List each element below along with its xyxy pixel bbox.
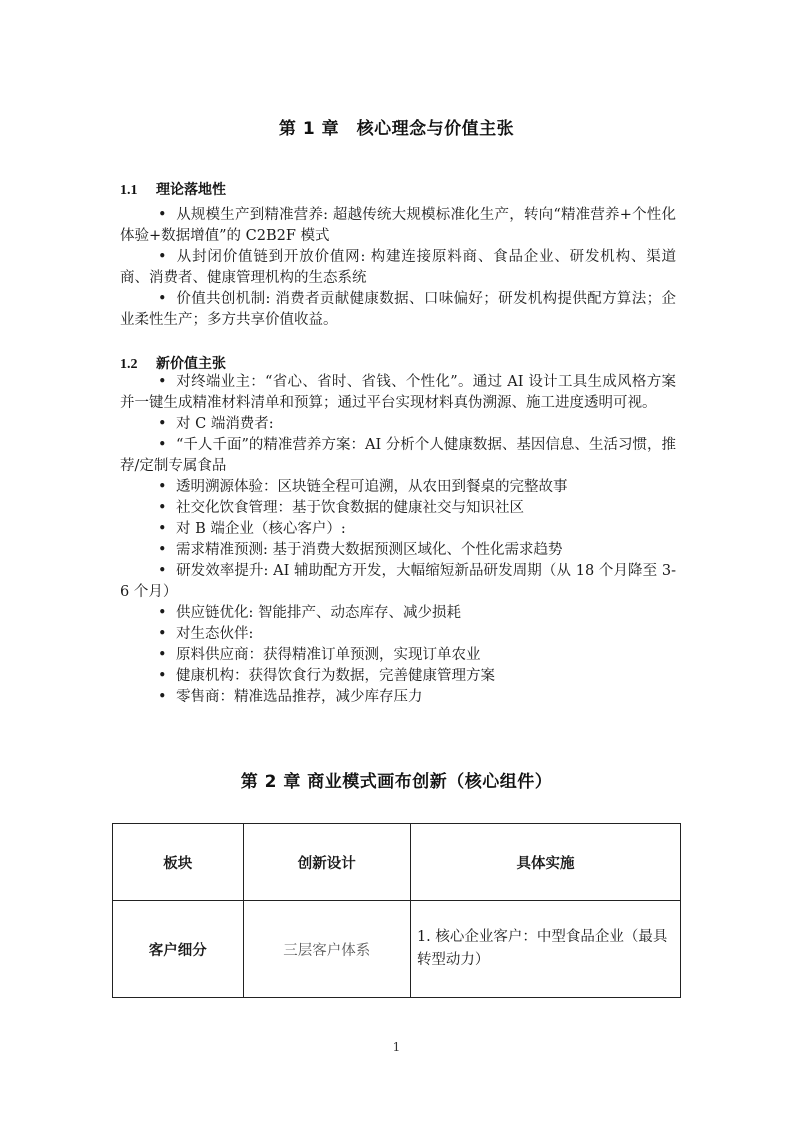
column-header-section: 板块 — [113, 824, 244, 901]
bullet-icon: • — [158, 666, 176, 687]
bullet-icon: • — [158, 624, 176, 645]
section-title-text: 新价值主张 — [156, 356, 226, 372]
bullet-item: •价值共创机制: 消费者贡献健康数据、口味偏好；研发机构提供配方算法；企业柔性生… — [120, 289, 676, 331]
section-number: 1.1 — [120, 183, 156, 199]
table-row: 客户细分 三层客户体系 1. 核心企业客户：中型食品企业（最具转型动力） — [113, 901, 681, 998]
bullet-icon: • — [158, 414, 176, 435]
section-number: 1.2 — [120, 357, 156, 373]
bullet-item: •社交化饮食管理：基于饮食数据的健康社交与知识社区 — [120, 498, 676, 519]
bullet-item: •原料供应商：获得精准订单预测，实现订单农业 — [120, 645, 676, 666]
bullet-item: •从规模生产到精准营养: 超越传统大规模标准化生产，转向“精准营养+个性化体验+… — [120, 205, 676, 247]
bullet-item: •供应链优化: 智能排产、动态库存、减少损耗 — [120, 603, 676, 624]
bullet-icon: • — [158, 603, 176, 624]
bullet-icon: • — [158, 289, 176, 310]
bullet-item: •对 C 端消费者: — [120, 414, 676, 435]
bullet-item: •“千人千面”的精准营养方案：AI 分析个人健康数据、基因信息、生活习惯，推荐/… — [120, 435, 676, 477]
cell-implementation: 1. 核心企业客户：中型食品企业（最具转型动力） — [410, 901, 680, 998]
business-model-canvas-table: 板块 创新设计 具体实施 客户细分 三层客户体系 1. 核心企业客户：中型食品企… — [112, 823, 681, 998]
bullet-icon: • — [158, 477, 176, 498]
bullet-item: •研发效率提升: AI 辅助配方开发，大幅缩短新品研发周期（从 18 个月降至 … — [120, 561, 676, 603]
table-header-row: 板块 创新设计 具体实施 — [113, 824, 681, 901]
document-page: 第 1 章 核心理念与价值主张 1.1理论落地性 •从规模生产到精准营养: 超越… — [0, 0, 793, 1122]
bullet-item: •健康机构：获得饮食行为数据，完善健康管理方案 — [120, 666, 676, 687]
bullet-icon: • — [158, 687, 176, 708]
bullet-icon: • — [158, 435, 176, 456]
bullet-item: •对终端业主：“省心、省时、省钱、个性化”。通过 AI 设计工具生成风格方案并一… — [120, 372, 676, 414]
bullet-icon: • — [158, 540, 176, 561]
cell-section: 客户细分 — [113, 901, 244, 998]
section-1-2-heading: 1.2新价值主张 — [120, 353, 226, 373]
section-1-1-heading: 1.1理论落地性 — [120, 179, 226, 199]
bullet-item: •从封闭价值链到开放价值网: 构建连接原料商、食品企业、研发机构、渠道商、消费者… — [120, 247, 676, 289]
bullet-item: •零售商：精准选品推荐，减少库存压力 — [120, 687, 676, 708]
section-1-1-body: •从规模生产到精准营养: 超越传统大规模标准化生产，转向“精准营养+个性化体验+… — [120, 205, 676, 331]
bullet-icon: • — [158, 561, 176, 582]
column-header-implementation: 具体实施 — [410, 824, 680, 901]
chapter-1-title: 第 1 章 核心理念与价值主张 — [0, 114, 793, 139]
page-number: 1 — [0, 1040, 793, 1054]
section-1-2-body: •对终端业主：“省心、省时、省钱、个性化”。通过 AI 设计工具生成风格方案并一… — [120, 372, 676, 708]
bullet-item: •对生态伙伴: — [120, 624, 676, 645]
bullet-icon: • — [158, 645, 176, 666]
bullet-icon: • — [158, 205, 176, 226]
bullet-icon: • — [158, 519, 176, 540]
cell-innovation-design: 三层客户体系 — [243, 901, 410, 998]
bullet-icon: • — [158, 372, 176, 393]
bullet-item: •对 B 端企业（核心客户）: — [120, 519, 676, 540]
bullet-icon: • — [158, 498, 176, 519]
column-header-innovation-design: 创新设计 — [243, 824, 410, 901]
section-title-text: 理论落地性 — [156, 182, 226, 198]
chapter-2-title: 第 2 章 商业模式画布创新（核心组件） — [0, 767, 793, 792]
bullet-item: •需求精准预测: 基于消费大数据预测区域化、个性化需求趋势 — [120, 540, 676, 561]
bullet-item: •透明溯源体验：区块链全程可追溯，从农田到餐桌的完整故事 — [120, 477, 676, 498]
bullet-icon: • — [158, 247, 176, 268]
